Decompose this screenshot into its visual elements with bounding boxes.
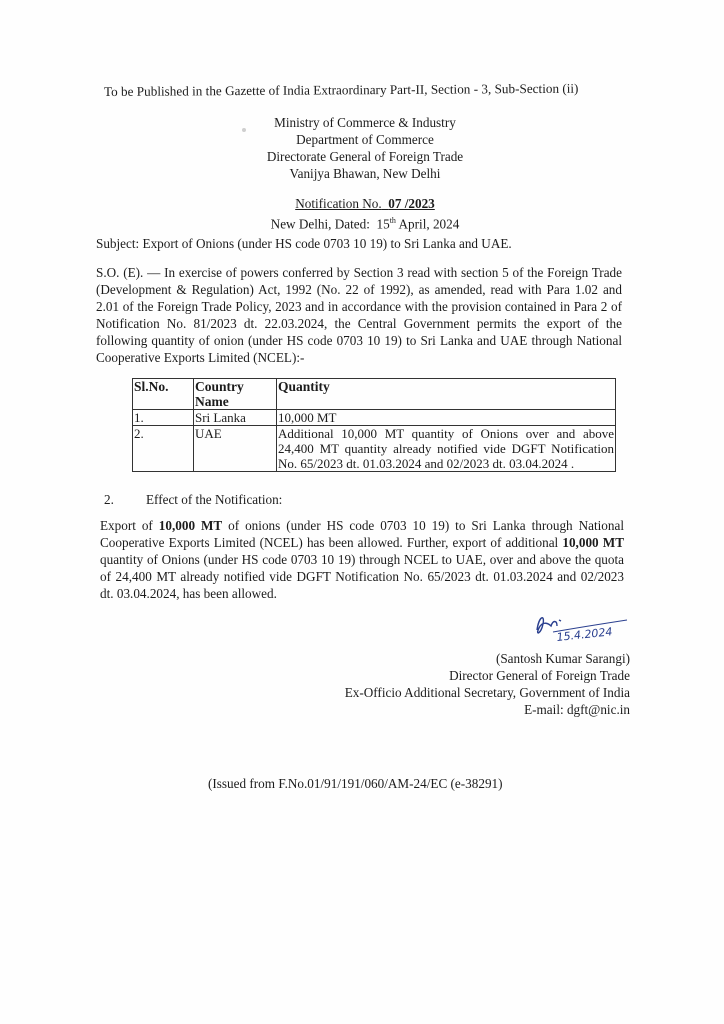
notification-date: New Delhi, Dated: 15th April, 2024	[200, 212, 530, 232]
effect-paragraph: Export of 10,000 MT of onions (under HS …	[100, 517, 624, 602]
handwritten-signature: 15.4.2024	[531, 610, 631, 644]
section-title: Effect of the Notification:	[146, 492, 282, 507]
main-paragraph: S.O. (E). — In exercise of powers confer…	[96, 264, 622, 366]
cell-sl-no: 2.	[133, 426, 194, 472]
cell-country: Sri Lanka	[194, 410, 277, 426]
signatory-designation: Ex-Officio Additional Secretary, Governm…	[345, 684, 630, 701]
table-row: 2. UAE Additional 10,000 MT quantity of …	[133, 426, 616, 472]
effect-heading: 2.Effect of the Notification:	[104, 492, 282, 508]
directorate-name: Directorate General of Foreign Trade	[200, 148, 530, 165]
cell-quantity: 10,000 MT	[277, 410, 616, 426]
document-page: To be Published in the Gazette of India …	[0, 0, 724, 1024]
signatory-title: Director General of Foreign Trade	[345, 667, 630, 684]
file-reference: (Issued from F.No.01/91/191/060/AM-24/EC…	[208, 776, 503, 792]
signature-date: 15.4.2024	[556, 625, 613, 644]
department-name: Department of Commerce	[200, 131, 530, 148]
cell-sl-no: 1.	[133, 410, 194, 426]
bold-quantity: 10,000 MT	[159, 518, 222, 533]
cell-quantity: Additional 10,000 MT quantity of Onions …	[277, 426, 616, 472]
gazette-header: To be Published in the Gazette of India …	[104, 80, 644, 100]
notification-number: Notification No. 07 /2023	[200, 195, 530, 212]
table-row: 1. Sri Lanka 10,000 MT	[133, 410, 616, 426]
signatory-block: (Santosh Kumar Sarangi) Director General…	[345, 650, 630, 718]
cell-country: UAE	[194, 426, 277, 472]
export-quantity-table: Sl.No. Country Name Quantity 1. Sri Lank…	[132, 378, 616, 472]
section-number: 2.	[104, 492, 146, 508]
table-header-row: Sl.No. Country Name Quantity	[133, 379, 616, 410]
issuing-authority-block: Ministry of Commerce & Industry Departme…	[200, 114, 530, 232]
header-sl-no: Sl.No.	[133, 379, 194, 410]
header-country-name: Country Name	[194, 379, 277, 410]
bold-quantity: 10,000 MT	[562, 535, 624, 550]
ministry-name: Ministry of Commerce & Industry	[200, 114, 530, 131]
office-address: Vanijya Bhawan, New Delhi	[200, 165, 530, 182]
subject-line: Subject: Export of Onions (under HS code…	[96, 236, 512, 252]
signatory-name: (Santosh Kumar Sarangi)	[345, 650, 630, 667]
header-quantity: Quantity	[277, 379, 616, 410]
signatory-email: E-mail: dgft@nic.in	[345, 701, 630, 718]
